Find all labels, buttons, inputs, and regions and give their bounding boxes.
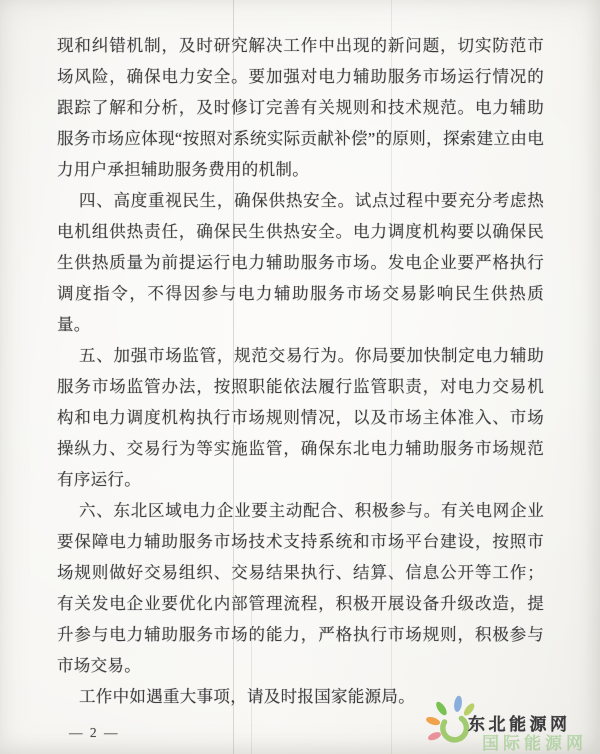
- paragraph-continuation: 现和纠错机制，及时研究解决工作中出现的新问题，切实防范市场风险，确保电力安全。要…: [57, 30, 544, 185]
- document-body-text: 现和纠错机制，及时研究解决工作中出现的新问题，切实防范市场风险，确保电力安全。要…: [57, 30, 544, 712]
- watermark-site-name-secondary: 国际能源网: [482, 729, 587, 754]
- scanned-document-page: 现和纠错机制，及时研究解决工作中出现的新问题，切实防范市场风险，确保电力安全。要…: [0, 0, 600, 754]
- paragraph-item-five: 五、加强市场监管，规范交易行为。你局要加快制定电力辅助服务市场监管办法，按照职能…: [57, 340, 544, 495]
- paragraph-item-four: 四、高度重视民生，确保供热安全。试点过程中要充分考虑热电机组供热责任，确保民生供…: [57, 185, 544, 340]
- watermark: 东北能源网 国际能源网: [422, 688, 598, 754]
- page-number: — 2 —: [69, 725, 120, 741]
- paragraph-item-six: 六、东北区域电力企业要主动配合、积极参与。有关电网企业要保障电力辅助服务市场技术…: [57, 495, 544, 681]
